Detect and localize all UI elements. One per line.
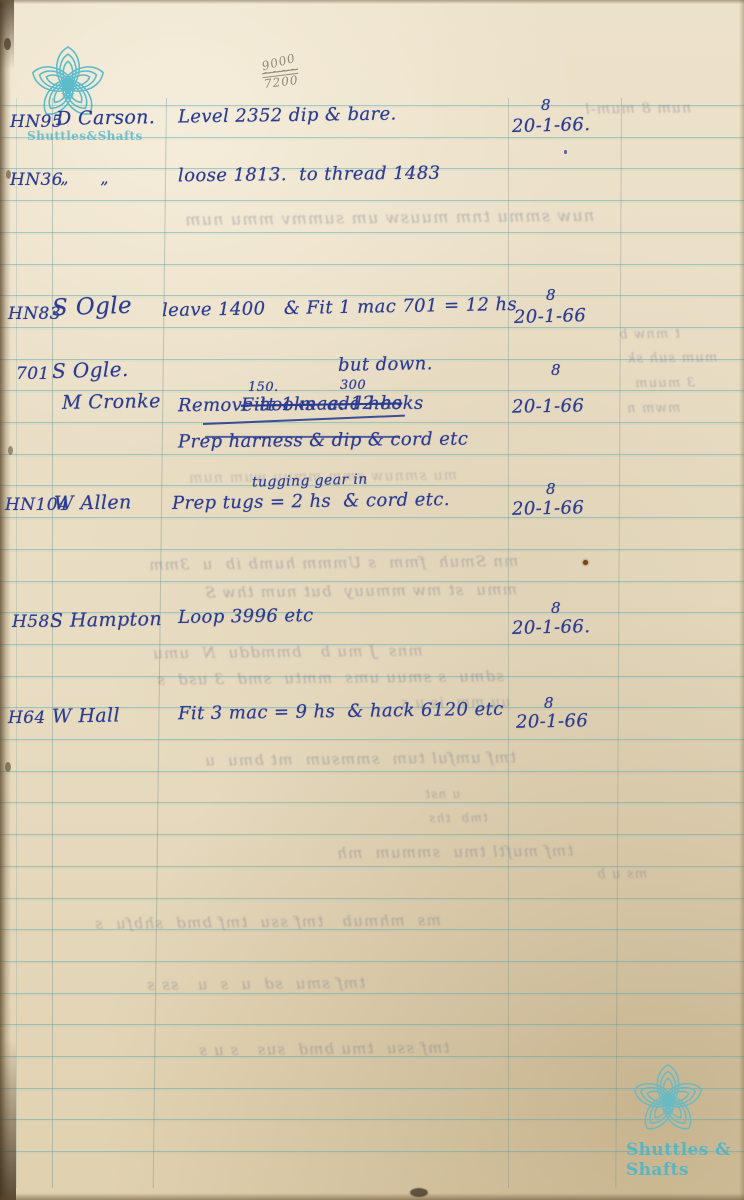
ruled-line (0, 739, 744, 740)
entry-date: 20-1-66 (516, 712, 589, 732)
margin-rule (16, 98, 17, 1188)
job-code: H64 (8, 710, 46, 727)
paper-corner-shadow (0, 1040, 16, 1200)
pencil-bottom-number: 7200 (262, 73, 300, 91)
bleedthrough-text: nuw smmu tnm muusw um summv mmu num (184, 208, 594, 228)
binding-mark (4, 38, 11, 50)
bleedthrough-text: mmu st mw mmuuy but num thw S (204, 582, 517, 600)
bleedthrough-text: ms u b (596, 868, 647, 882)
ledger-page: num 8 mum-l nuw smmu tnm muusw um summv … (0, 0, 744, 1200)
hours-superscript: 8 (551, 601, 561, 616)
ditto-mark: ” (100, 180, 109, 196)
bleedthrough-text: num 8 mum-l (584, 101, 691, 116)
ruled-line (0, 993, 744, 994)
ink-speck (564, 150, 567, 154)
ruled-line (0, 549, 744, 550)
binding-mark (8, 446, 13, 455)
bleedthrough-text: tmf muftl tmu smmum mh (336, 844, 573, 861)
code-column-rule (52, 98, 53, 1188)
shuttles-shafts-logo (624, 1058, 712, 1142)
bleedthrough-text: mum suh sk (626, 352, 717, 366)
job-description: Loop 3996 etc (178, 607, 314, 627)
job-description: Level 2352 dip & bare. (178, 105, 397, 126)
job-description: leave 1400 & Fit 1 mac 701 = 12 hs (162, 296, 517, 320)
inserted-note-above: tugging gear in (252, 472, 368, 489)
brand-wordmark-bottom: Shuttles & Shafts (626, 1140, 744, 1180)
paper-corner-shadow (0, 0, 14, 70)
ruled-line (0, 961, 744, 962)
hours-superscript: 8 (546, 288, 556, 303)
rust-speck (583, 560, 588, 565)
worker-name: W Hall (52, 706, 120, 726)
bleedthrough-text: 3 muum (634, 377, 695, 391)
bleedthrough-text: u nst (424, 788, 460, 800)
description-addendum: but down. (338, 355, 433, 375)
bleedthrough-text: sdmu s smuu ums mmtu smd 3 usd s (156, 669, 504, 688)
struck-out-description: Fitt 1 mac. 12 hs (179, 358, 403, 487)
strikethrough: Fitt 1 mac. 12 hs (204, 376, 403, 469)
job-description: Remove hooks add hooks (178, 395, 424, 416)
hook-count-superscript: 150. (248, 381, 279, 394)
ditto-mark: ” (60, 180, 69, 196)
hours-superscript: 8 (541, 98, 551, 113)
bleedthrough-text: mn Smuh fmm s Ummm humb ib u 3mm (148, 554, 518, 573)
pencil-calculation: 9000 ~~~~ 7200 (260, 54, 300, 91)
bleedthrough-text: mns J mu b bmmddu N umu (152, 644, 423, 662)
bleedthrough-text: tmf ssu tmu bmd sus s u s (198, 1041, 450, 1059)
paper-top-edge (0, 0, 744, 4)
bleedthrough-text: ms mhmub tmf ssu tmf bmd shbfu s (94, 913, 441, 932)
binding-mark (5, 762, 11, 772)
job-code: H58 (12, 614, 50, 631)
entry-date: 20-1-66 (512, 397, 585, 416)
worker-name: S Hampton (50, 610, 162, 631)
ruled-line (0, 771, 744, 772)
ruled-line (0, 232, 744, 233)
paper-bottom-edge (0, 1193, 744, 1200)
bleedthrough-text: t mnw b (618, 328, 680, 342)
hours-superscript: 8 (551, 363, 561, 378)
bleedthrough-text: tmb ths (428, 812, 488, 825)
ruled-line (0, 802, 744, 803)
ruled-line (0, 834, 744, 835)
paper-right-edge (739, 0, 744, 1200)
job-code: HN36 (10, 172, 63, 189)
worker-name-secondary: M Cronke (62, 392, 161, 413)
job-code: 701 (16, 366, 50, 383)
strike-line (203, 415, 405, 425)
ruled-line (0, 485, 744, 486)
ruled-line (0, 1024, 744, 1025)
job-description: Prep tugs = 2 hs & cord etc. (172, 491, 450, 513)
ruled-line (0, 264, 744, 265)
hours-superscript: 8 (544, 696, 554, 711)
bleedthrough-text: tmf umful tum smmsum mt bmu u (204, 750, 516, 768)
hook-count-superscript: 300 (340, 379, 366, 392)
bleedthrough-text: tmf smu sd u s u ss s (146, 976, 365, 993)
hours-superscript: 8 (546, 482, 556, 497)
ruled-line (0, 517, 744, 518)
job-description: Fit 3 mac = 9 hs & hack 6120 etc (178, 701, 504, 724)
ruled-line (0, 200, 744, 201)
entry-date: 20-1-66. (512, 618, 591, 638)
entry-date: 20-1-66 (512, 499, 585, 519)
ruled-line (0, 898, 744, 899)
entry-date: 20-1-66 (514, 307, 587, 327)
entry-date: 20-1-66. (512, 116, 591, 136)
job-description: Prep harness & dip & cord etc (178, 430, 469, 451)
paper-stain (410, 1188, 428, 1197)
worker-name: D Carson. (56, 108, 156, 129)
date-column-rule-left (508, 98, 509, 1188)
job-description: loose 1813. to thread 1483 (178, 165, 441, 186)
bleedthrough-text: mwm n (626, 402, 680, 416)
worker-name: W Allen (54, 493, 132, 513)
worker-name: S Ogle (52, 295, 133, 321)
worker-name: S Ogle. (52, 359, 129, 381)
